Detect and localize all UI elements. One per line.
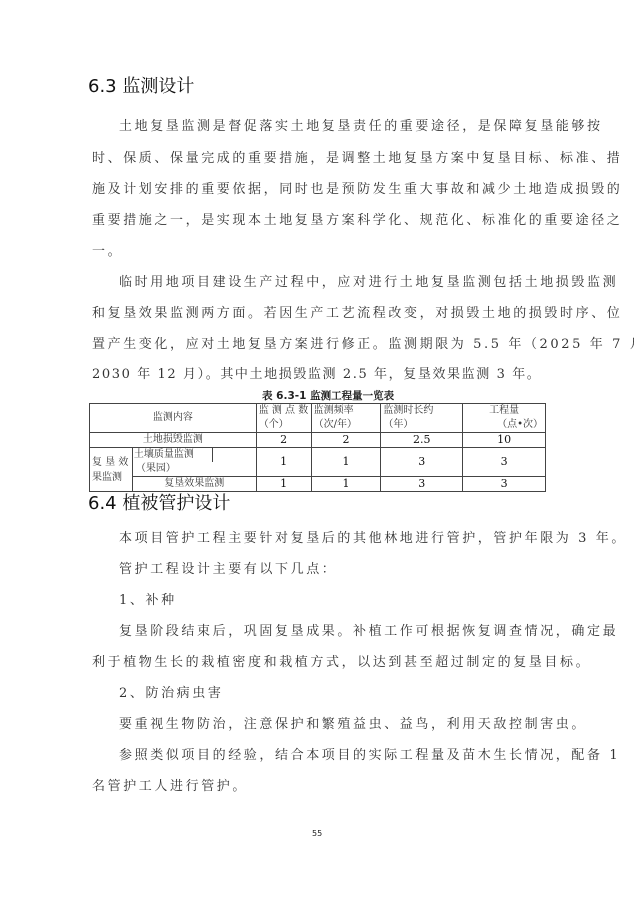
paragraph-line: 要重视生物防治，注意保护和繁殖益虫、益鸟，利用天敌控制害虫。 — [119, 713, 587, 732]
list-heading: 1、补种 — [119, 589, 177, 608]
paragraph-line: 利于植物生长的栽植密度和栽植方式，以达到甚至超过制定的复垦目标。 — [92, 651, 591, 670]
paragraph-line: 2030 年 12 月）。其中土地损毁监测 2.5 年，复垦效果监测 3 年。 — [92, 363, 541, 382]
paragraph-line: 一。 — [92, 240, 123, 259]
group-cell: 复 垦 效果监测 — [90, 448, 133, 492]
paragraph-line: 置产生变化，应对土地复垦方案进行修正。监测期限为 5.5 年（2025 年 7 … — [92, 333, 634, 352]
header-cell: 监测频率（次/年） — [311, 404, 381, 433]
paragraph-line: 时、保质、保量完成的重要措施，是调整土地复垦方案中复垦目标、标准、措 — [92, 147, 622, 166]
paragraph-line: 重要措施之一，是实现本土地复垦方案科学化、规范化、标准化的重要途径之 — [92, 209, 622, 228]
paragraph-line: 参照类似项目的经验，结合本项目的实际工程量及苗木生长情况，配备 1 — [119, 744, 620, 763]
page-number: 55 — [312, 829, 322, 838]
paragraph-line: 临时用地项目建设生产过程中，应对进行土地复垦监测包括土地损毁监测 — [119, 271, 618, 290]
table-caption: 表 6.3-1 监测工程量一览表 — [262, 388, 394, 403]
paragraph-line: 复垦阶段结束后，巩固复垦成果。补植工作可根据恢复调查情况，确定最 — [119, 620, 618, 639]
list-heading: 2、防治病虫害 — [119, 682, 223, 701]
paragraph-line: 施及计划安排的重要依据，同时也是预防发生重大事故和减少土地造成损毁的 — [92, 178, 622, 197]
paragraph-line: 管护工程设计主要有以下几点： — [119, 558, 337, 577]
header-cell: 监 测 点 数（个） — [256, 404, 311, 433]
header-cell: 工程量（点•次） — [463, 404, 546, 433]
section-heading-6-3: 6.3 监测设计 — [88, 72, 194, 98]
header-cell: 监测内容 — [90, 404, 257, 433]
header-cell: 监测时长约（年） — [381, 404, 463, 433]
monitoring-table: 监测内容 监 测 点 数（个） 监测频率（次/年） 监测时长约（年） 工程量（点… — [89, 403, 546, 492]
paragraph-line: 和复垦效果监测两方面。若因生产工艺流程改变，对损毁土地的损毁时序、位 — [92, 302, 622, 321]
paragraph-line: 名管护工人进行管护。 — [92, 775, 248, 794]
paragraph-line: 土地复垦监测是督促落实土地复垦责任的重要途径，是保障复垦能够按 — [119, 115, 603, 134]
section-heading-6-4: 6.4 植被管护设计 — [88, 489, 230, 515]
table-row: 土地损毁监测 2 2 2.5 10 — [90, 433, 546, 448]
paragraph-line: 本项目管护工程主要针对复垦后的其他林地进行管护，管护年限为 3 年。 — [119, 527, 627, 546]
table-row: 复 垦 效果监测 土壤质量监测（果园） 1 1 3 3 — [90, 448, 546, 477]
